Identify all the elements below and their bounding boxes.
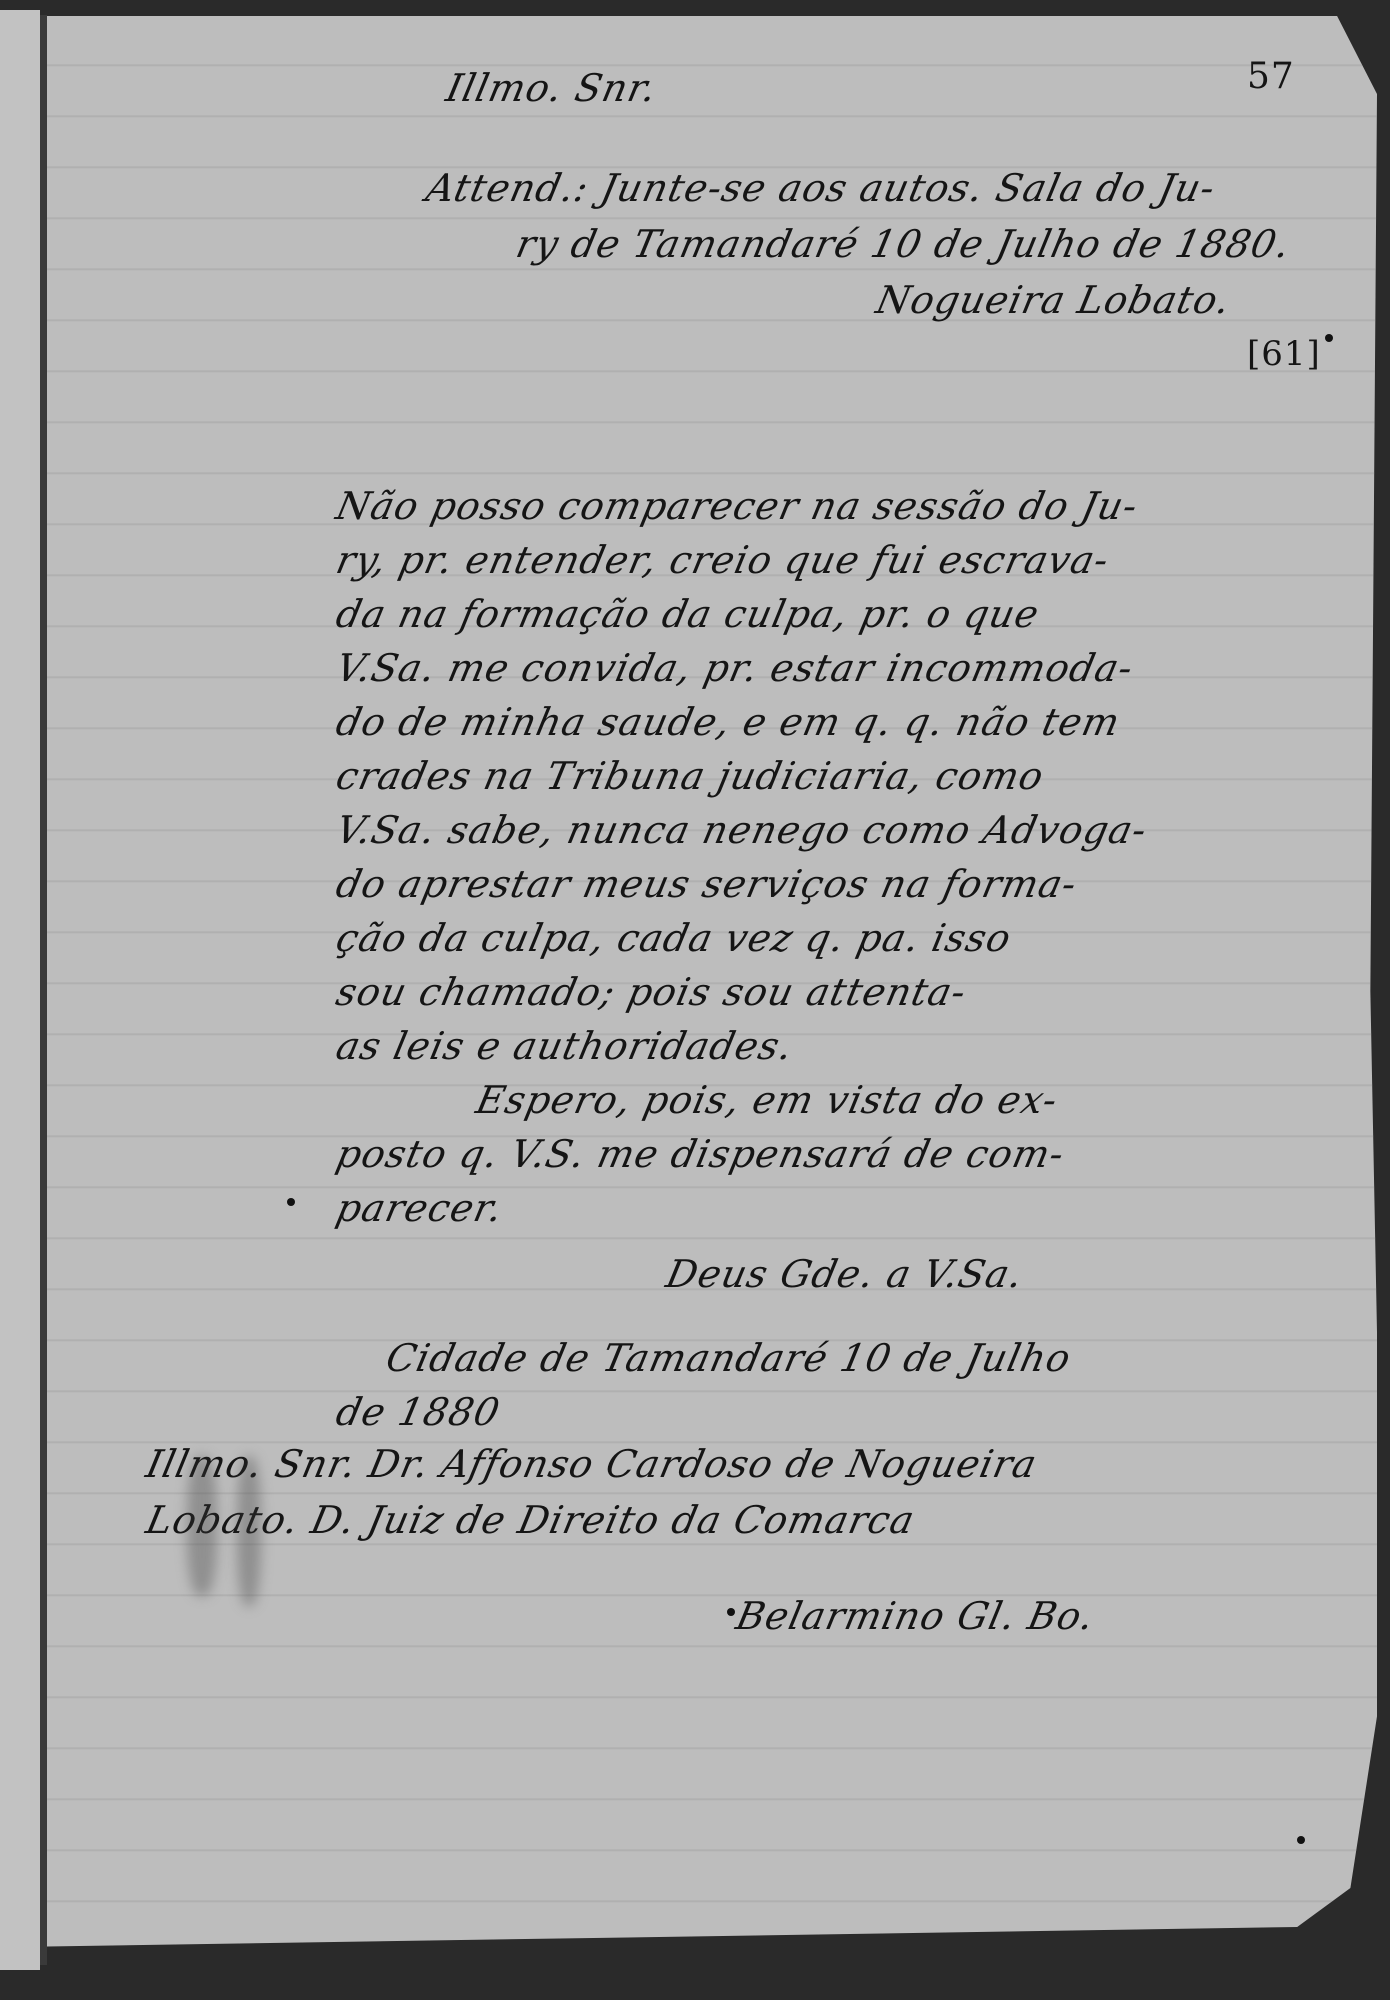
body-line: V.Sa. sabe, nunca nenego como Advoga- xyxy=(332,808,1151,852)
body-line: ção da culpa, cada vez q. pa. isso xyxy=(332,916,1015,960)
body-line: da na formação da culpa, pr. o que xyxy=(332,592,1043,636)
closing-line: parecer. xyxy=(332,1186,507,1230)
signature: Belarmino Gl. Bo. xyxy=(732,1594,1098,1638)
body-line: Não posso comparecer na sessão do Ju- xyxy=(332,484,1142,528)
annotation-line: Attend.: Junte-se aos autos. Sala do Ju- xyxy=(422,166,1219,210)
closing-line: posto q. V.S. me dispensará de com- xyxy=(332,1132,1068,1176)
annotation-line: ry de Tamandaré 10 de Julho de 1880. xyxy=(512,222,1294,266)
ink-dot xyxy=(727,1608,735,1616)
place-date-line: de 1880 xyxy=(332,1390,504,1434)
body-line: do de minha saude, e em q. q. não tem xyxy=(332,700,1124,744)
ink-dot xyxy=(1297,1836,1305,1844)
body-line: crades na Tribuna judiciaria, como xyxy=(332,754,1048,798)
addressee-line: Illmo. Snr. Dr. Affonso Cardoso de Nogue… xyxy=(142,1442,1041,1486)
annotation-signature: Nogueira Lobato. xyxy=(872,278,1234,322)
manuscript-page: 57 Illmo. Snr. Attend.: Junte-se aos aut… xyxy=(47,16,1377,1966)
body-line: V.Sa. me convida, pr. estar incommoda- xyxy=(332,646,1137,690)
place-date-line: Cidade de Tamandaré 10 de Julho xyxy=(382,1336,1075,1380)
ink-smudge xyxy=(187,1456,217,1596)
folio-number: 57 xyxy=(1247,56,1295,97)
body-line: do aprestar meus serviços na forma- xyxy=(332,862,1081,906)
body-line: sou chamado; pois sou attenta- xyxy=(332,970,970,1014)
ink-dot xyxy=(1325,334,1333,342)
adjacent-page-edge xyxy=(0,10,40,1970)
body-line: ry, pr. entender, creio que fui escrava- xyxy=(332,538,1113,582)
body-line: as leis e authoridades. xyxy=(332,1024,797,1068)
courtesy-formula: Deus Gde. a V.Sa. xyxy=(662,1252,1027,1296)
closing-line: Espero, pois, em vista do ex- xyxy=(472,1078,1062,1122)
ink-dot xyxy=(287,1198,295,1206)
archive-number: [61] xyxy=(1247,334,1321,374)
ink-smudge xyxy=(237,1456,261,1606)
page-binding-fold xyxy=(40,15,47,1965)
salutation: Illmo. Snr. xyxy=(442,66,661,110)
